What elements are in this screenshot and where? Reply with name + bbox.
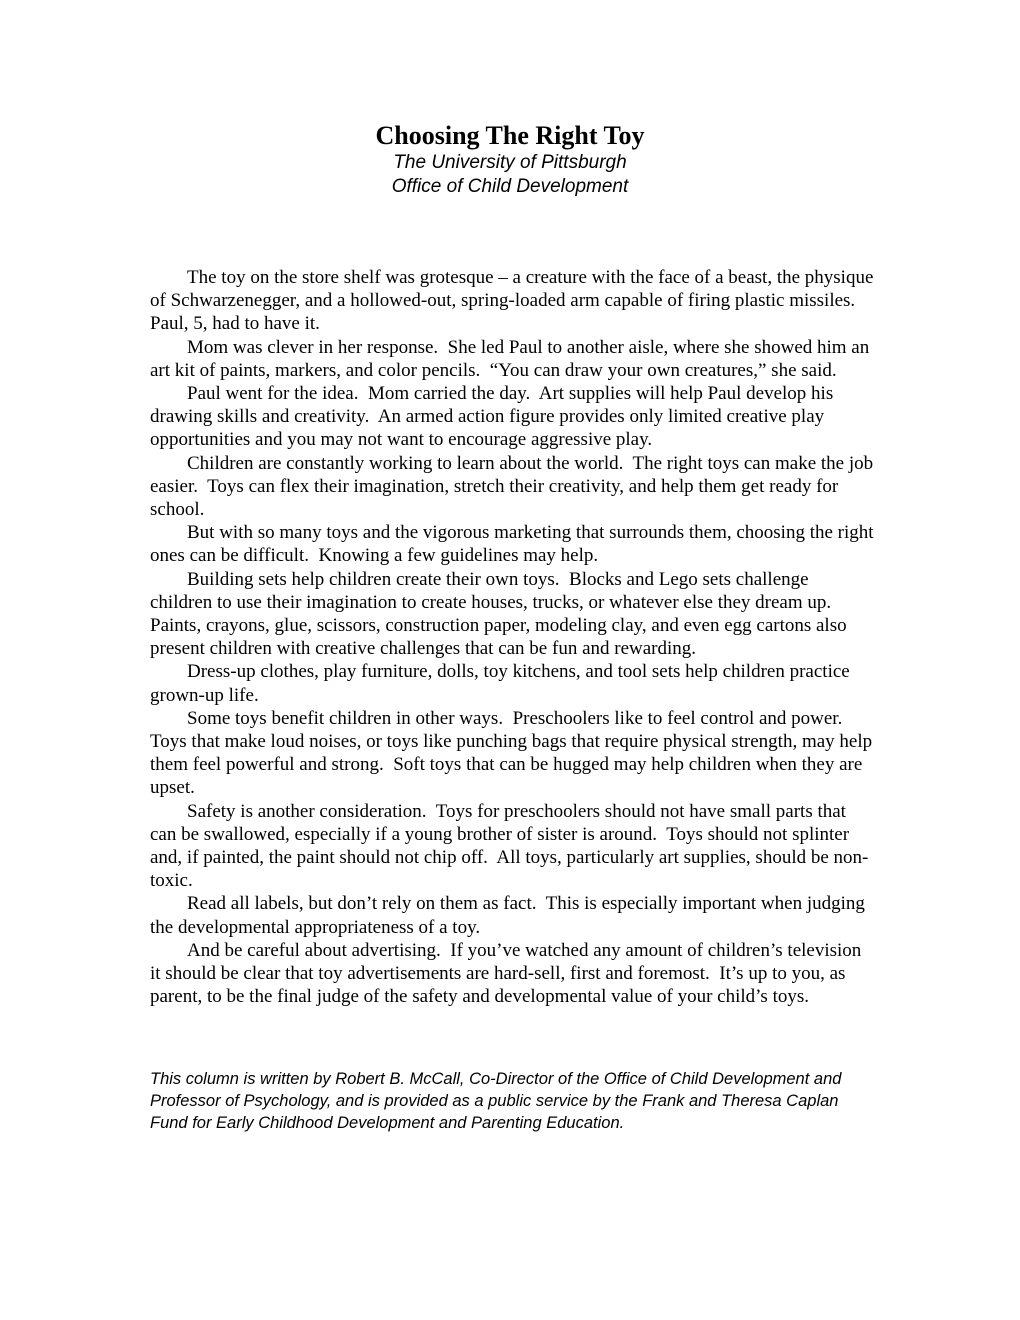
document-title: Choosing The Right Toy [0,120,1020,151]
paragraph-other-ways: Some toys benefit children in other ways… [150,707,874,800]
document-page: Choosing The Right Toy The University of… [0,0,1020,1320]
paragraph-read-labels: Read all labels, but don’t rely on them … [150,892,874,938]
credit-text: This column is written by Robert B. McCa… [150,1068,874,1134]
paragraph-paul-idea: Paul went for the idea. Mom carried the … [150,382,874,452]
paragraph-store-shelf: The toy on the store shelf was grotesque… [150,266,874,336]
document-header: Choosing The Right Toy The University of… [0,120,1020,199]
paragraph-children-learn: Children are constantly working to learn… [150,452,874,522]
subtitle-university: The University of Pittsburgh [0,151,1020,175]
article-body: The toy on the store shelf was grotesque… [150,266,874,1009]
paragraph-safety: Safety is another consideration. Toys fo… [150,800,874,893]
paragraph-dress-up: Dress-up clothes, play furniture, dolls,… [150,660,874,706]
paragraph-advertising: And be careful about advertising. If you… [150,939,874,1009]
credit-footer: This column is written by Robert B. McCa… [150,1068,874,1134]
paragraph-many-toys: But with so many toys and the vigorous m… [150,521,874,567]
paragraph-building-sets: Building sets help children create their… [150,568,874,661]
paragraph-mom-clever: Mom was clever in her response. She led … [150,336,874,382]
subtitle-office: Office of Child Development [0,175,1020,199]
